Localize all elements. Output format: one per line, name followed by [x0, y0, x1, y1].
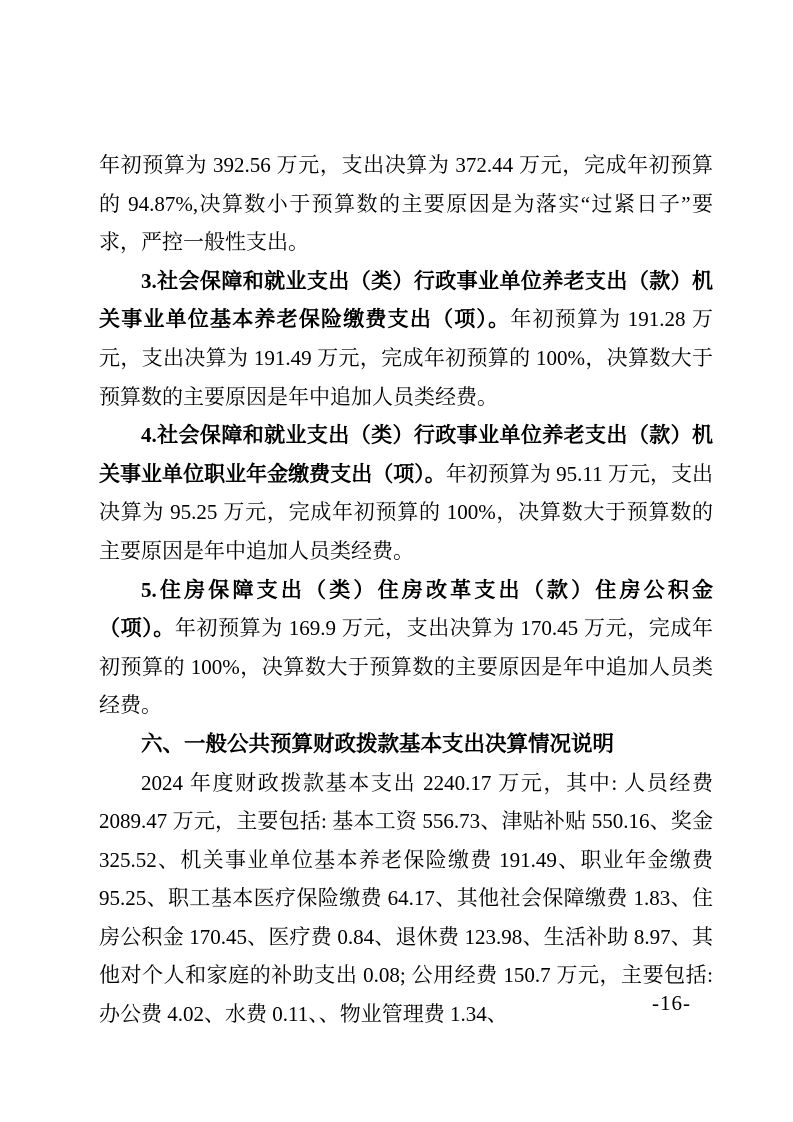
paragraph-basic-expenditure: 2024 年度财政拨款基本支出 2240.17 万元，其中: 人员经费 2089…	[99, 764, 713, 1034]
paragraph-carryover: 年初预算为 392.56 万元，支出决算为 372.44 万元，完成年初预算的 …	[99, 146, 713, 262]
paragraph-item-3: 3.社会保障和就业支出（类）行政事业单位养老支出（款）机关事业单位基本养老保险缴…	[99, 262, 713, 416]
paragraph-item-4: 4.社会保障和就业支出（类）行政事业单位养老支出（款）机关事业单位职业年金缴费支…	[99, 416, 713, 570]
page-body-text: 年初预算为 392.56 万元，支出决算为 372.44 万元，完成年初预算的 …	[99, 146, 713, 1034]
paragraph-item-5-body: 年初预算为 169.9 万元，支出决算为 170.45 万元，完成年初预算的 1…	[99, 616, 713, 717]
section-6-heading: 六、一般公共预算财政拨款基本支出决算情况说明	[99, 725, 713, 764]
document-page: 年初预算为 392.56 万元，支出决算为 372.44 万元，完成年初预算的 …	[0, 0, 793, 1122]
paragraph-item-5: 5.住房保障支出（类）住房改革支出（款）住房公积金（项）。年初预算为 169.9…	[99, 571, 713, 725]
page-number: -16-	[652, 991, 691, 1016]
